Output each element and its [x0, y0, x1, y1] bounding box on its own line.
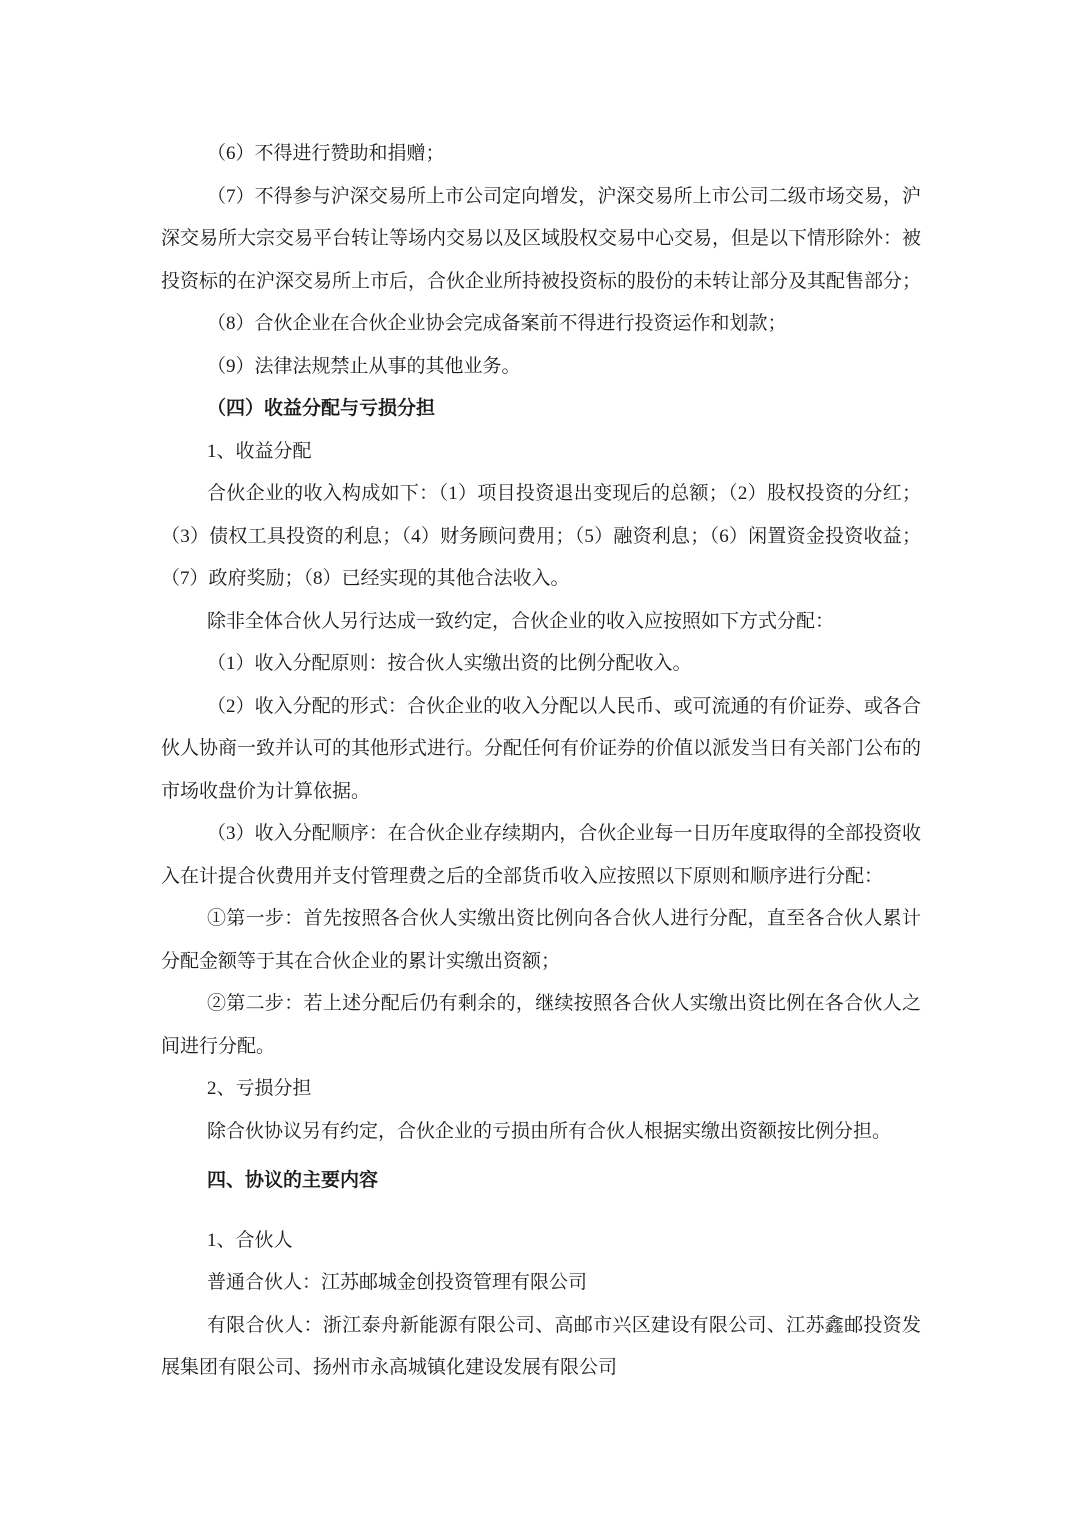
paragraph: （8）合伙企业在合伙企业协会完成备案前不得进行投资运作和划款；	[161, 303, 921, 346]
section-heading: 四、协议的主要内容	[161, 1160, 921, 1203]
paragraph: ①第一步：首先按照各合伙人实缴出资比例向各合伙人进行分配，直至各合伙人累计分配金…	[161, 898, 921, 983]
paragraph: 2、亏损分担	[161, 1068, 921, 1111]
paragraph: 除合伙协议另有约定，合伙企业的亏损由所有合伙人根据实缴出资额按比例分担。	[161, 1111, 921, 1154]
document-page: （6）不得进行赞助和捐赠； （7）不得参与沪深交易所上市公司定向增发，沪深交易所…	[0, 0, 1080, 1527]
paragraph: 除非全体合伙人另行达成一致约定，合伙企业的收入应按照如下方式分配：	[161, 601, 921, 644]
paragraph: （2）收入分配的形式：合伙企业的收入分配以人民币、或可流通的有价证券、或各合伙人…	[161, 686, 921, 814]
paragraph: （9）法律法规禁止从事的其他业务。	[161, 346, 921, 389]
paragraph: ②第二步：若上述分配后仍有剩余的，继续按照各合伙人实缴出资比例在各合伙人之间进行…	[161, 983, 921, 1068]
paragraph: 1、收益分配	[161, 431, 921, 474]
subsection-heading: （四）收益分配与亏损分担	[161, 388, 921, 431]
paragraph: 1、合伙人	[161, 1220, 921, 1263]
paragraph: 合伙企业的收入构成如下：（1）项目投资退出变现后的总额；（2）股权投资的分红；（…	[161, 473, 921, 601]
paragraph: 有限合伙人：浙江泰舟新能源有限公司、高邮市兴区建设有限公司、江苏鑫邮投资发展集团…	[161, 1305, 921, 1390]
document-body: （6）不得进行赞助和捐赠； （7）不得参与沪深交易所上市公司定向增发，沪深交易所…	[161, 133, 921, 1390]
paragraph: 普通合伙人：江苏邮城金创投资管理有限公司	[161, 1262, 921, 1305]
paragraph: （6）不得进行赞助和捐赠；	[161, 133, 921, 176]
paragraph: （3）收入分配顺序：在合伙企业存续期内，合伙企业每一日历年度取得的全部投资收入在…	[161, 813, 921, 898]
paragraph: （7）不得参与沪深交易所上市公司定向增发，沪深交易所上市公司二级市场交易，沪深交…	[161, 176, 921, 304]
paragraph: （1）收入分配原则：按合伙人实缴出资的比例分配收入。	[161, 643, 921, 686]
